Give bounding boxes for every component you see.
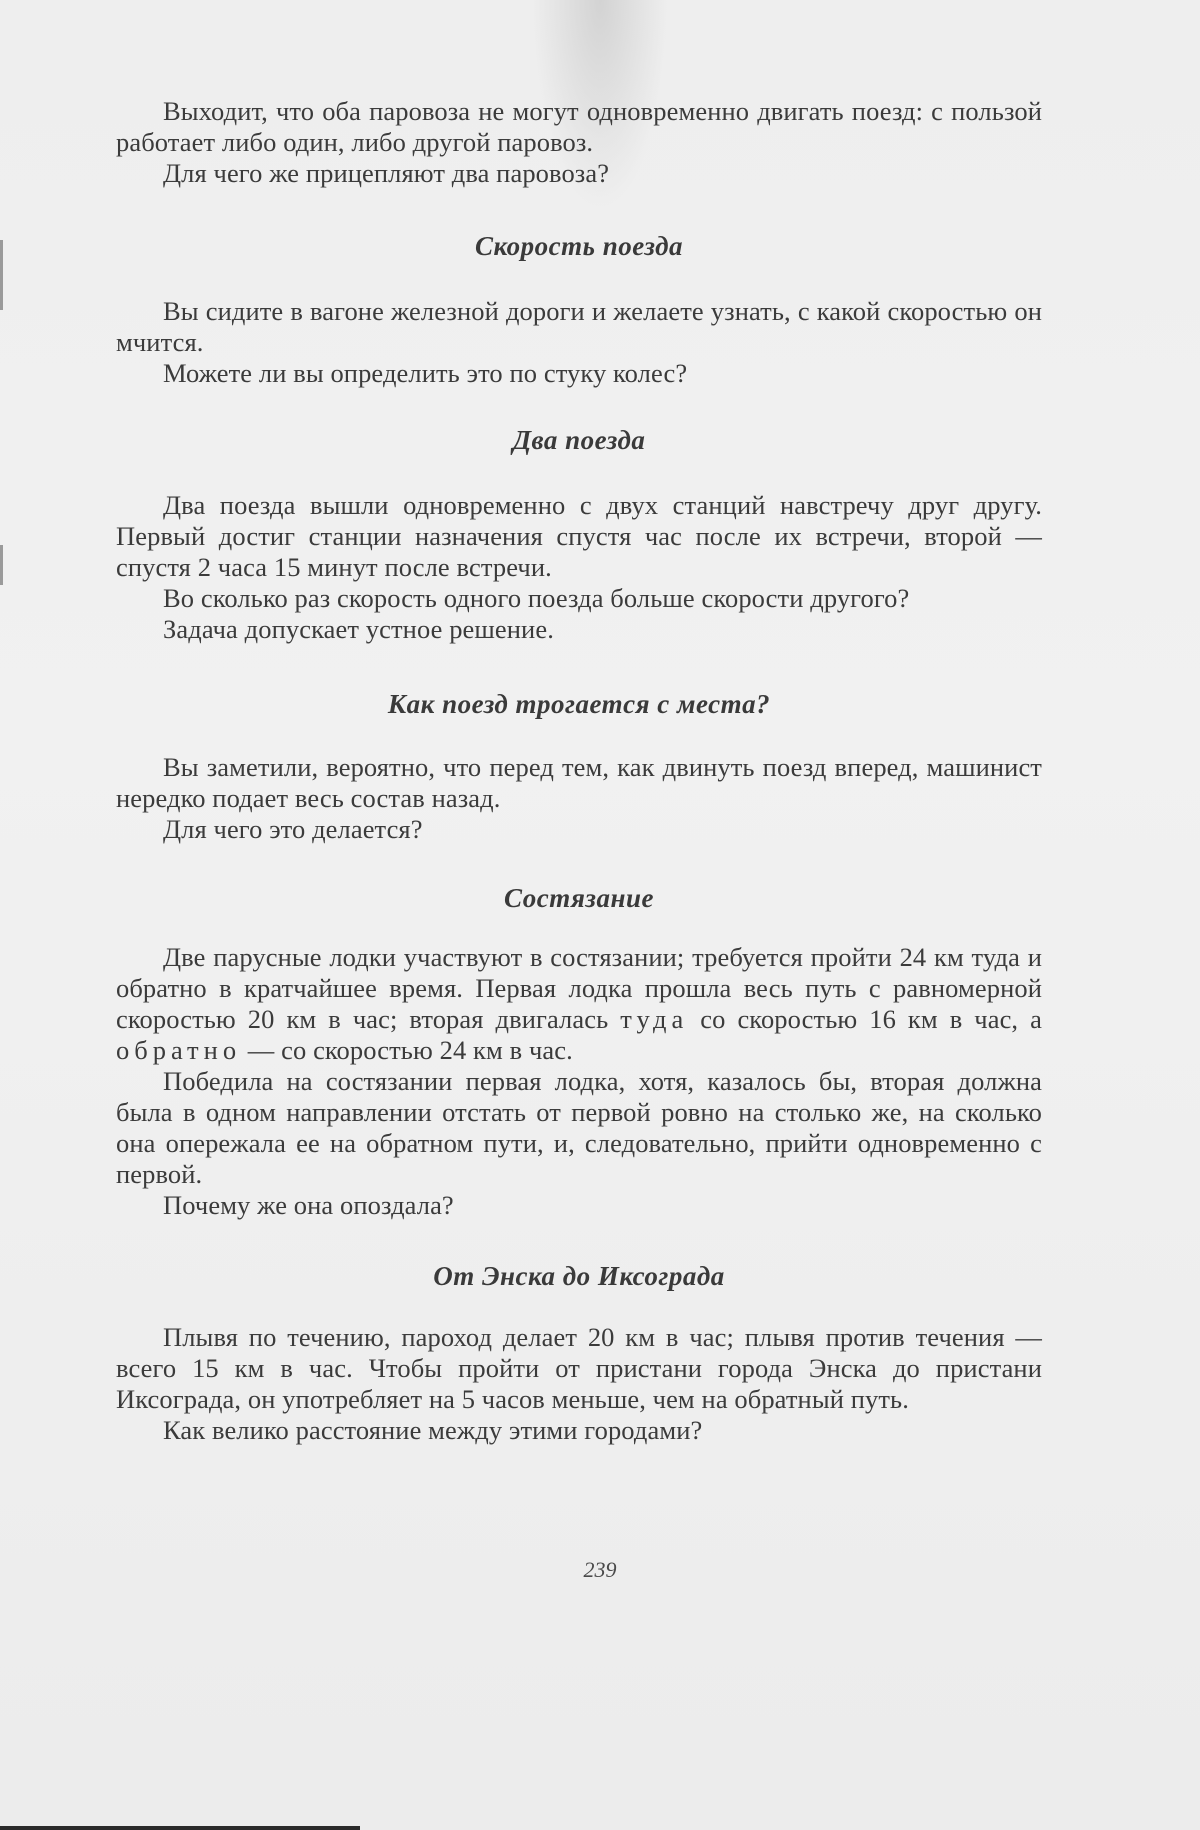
page-text: Выходит, что оба паровоза не могут однов…	[116, 96, 1042, 1446]
page-number: 239	[0, 1557, 1200, 1583]
paragraph-composite: Две парусные лодки участвуют в состязани…	[116, 942, 1042, 1066]
paragraph: Вы сидите в вагоне железной дороги и жел…	[116, 296, 1042, 358]
paragraph: Плывя по течению, пароход делает 20 км в…	[116, 1322, 1042, 1415]
section-title-two-trains: Два поезда	[116, 425, 1042, 456]
question: Почему же она опоздала?	[116, 1190, 1042, 1221]
emphasis-back: обратно	[116, 1035, 241, 1065]
scan-bottom-edge	[0, 1826, 360, 1830]
text-run: со скоростью 16 км в час, а	[688, 1004, 1042, 1034]
paragraph: Два поезда вышли одновременно с двух ста…	[116, 490, 1042, 583]
scan-edge-mark	[0, 240, 3, 310]
section-title-ensk-iksograd: От Энска до Иксограда	[116, 1261, 1042, 1292]
emphasis-there: туда	[620, 1004, 688, 1034]
section-title-competition: Состязание	[116, 883, 1042, 914]
question: Для чего это делается?	[116, 814, 1042, 845]
scan-edge-mark	[0, 545, 3, 585]
note: Задача допускает устное решение.	[116, 614, 1042, 645]
intro-paragraph: Выходит, что оба паровоза не могут однов…	[116, 96, 1042, 158]
section-title-train-speed: Скорость поезда	[116, 231, 1042, 262]
question: Можете ли вы определить это по стуку кол…	[116, 358, 1042, 389]
paragraph: Победила на состязании первая лодка, хот…	[116, 1066, 1042, 1190]
text-run: — со скоростью 24 км в час.	[241, 1035, 573, 1065]
section-title-train-start: Как поезд трогается с места?	[116, 689, 1042, 720]
question: Как велико расстояние между этими города…	[116, 1415, 1042, 1446]
book-page: Выходит, что оба паровоза не могут однов…	[0, 0, 1200, 1830]
intro-question: Для чего же прицепляют два паровоза?	[116, 158, 1042, 189]
question: Во сколько раз скорость одного поезда бо…	[116, 583, 1042, 614]
paragraph: Вы заметили, вероятно, что перед тем, ка…	[116, 752, 1042, 814]
